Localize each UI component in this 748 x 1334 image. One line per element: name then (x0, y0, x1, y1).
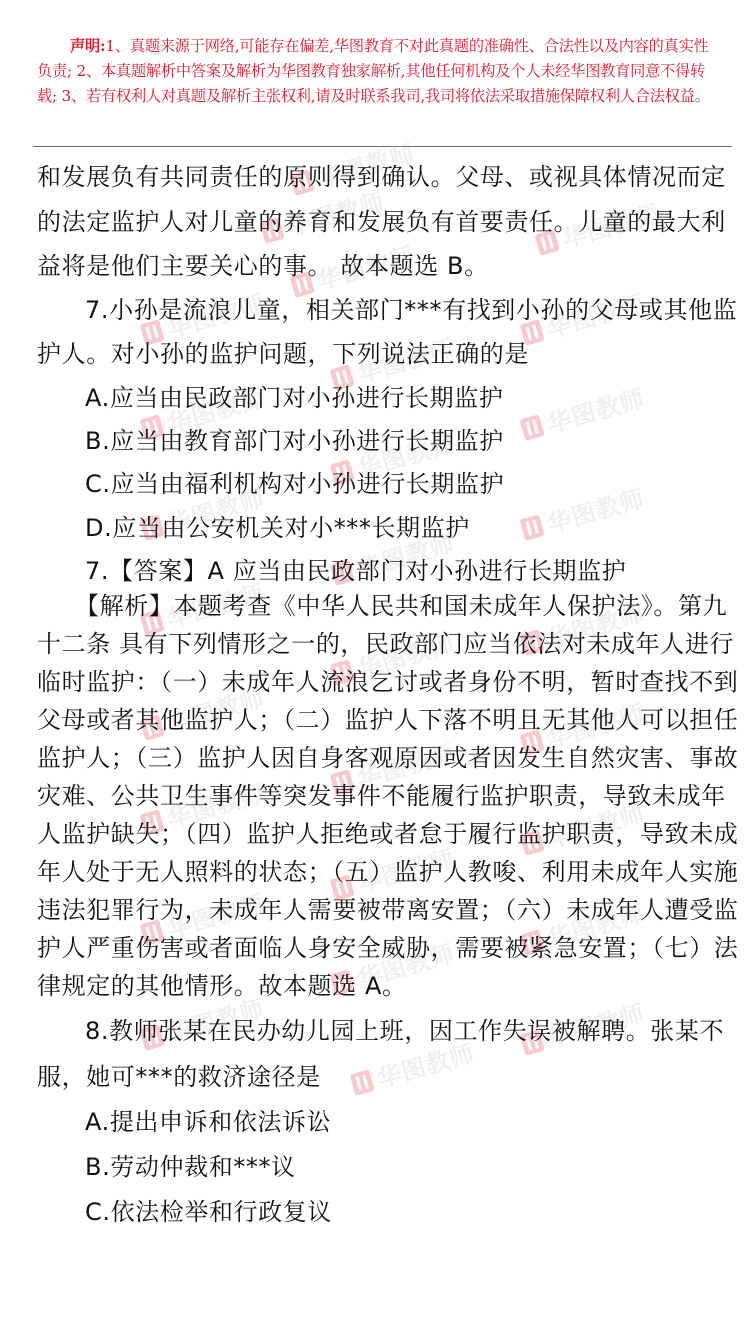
q8-option-c: C.依法检举和行政复议 (85, 1196, 332, 1228)
q7-answer: 7.【答案】A 应当由民政部门对小孙进行长期监护 (85, 555, 626, 587)
q6-text-line: 的法定监护人对儿童的养育和发展负有首要责任。儿童的最大利 (37, 206, 726, 238)
q8-option-b: B.劳动仲裁和***议 (85, 1151, 296, 1183)
q8-option-a: A.提出申诉和依法诉讼 (85, 1106, 331, 1138)
disclaimer-text: 1、真题来源于网络,可能存在偏差,华图教育不对此真题的准确性、合法性以及内容的真… (37, 37, 710, 105)
q7-analysis-line: 【解析】本题考查《中华人民共和国未成年人保护法》。第九 (75, 590, 727, 622)
q7-option-a: A.应当由民政部门对小孙进行长期监护 (85, 382, 503, 414)
disclaimer-label: 声明: (70, 37, 105, 55)
q7-stem-line: 护人。对小孙的监护问题，下列说法正确的是 (37, 338, 529, 370)
watermark-logo-icon (519, 514, 544, 541)
q7-option-d: D.应当由公安机关对小***长期监护 (85, 512, 470, 544)
q7-stem-line: 7.小孙是流浪儿童，相关部门***有找到小孙的父母或其他监 (85, 294, 737, 326)
watermark-logo-icon (519, 414, 544, 441)
watermark-logo-icon (349, 1069, 374, 1096)
q7-analysis-line: 违法犯罪行为，未成年人需要被带离安置；（六）未成年人遭受监 (37, 894, 738, 926)
watermark: 华图教师 (518, 478, 649, 546)
q7-analysis-line: 临时监护：（一）未成年人流浪乞讨或者身份不明，暂时查找不到 (37, 666, 738, 698)
q6-text-line: 益将是他们主要关心的事。 故本题选 B。 (37, 250, 489, 282)
q7-analysis-line: 监护人；（三）监护人因自身客观原因或者因发生自然灾害、事故 (37, 742, 738, 774)
disclaimer: 声明:1、真题来源于网络,可能存在偏差,华图教育不对此真题的准确性、合法性以及内… (37, 34, 713, 109)
q7-analysis-line: 律规定的其他情形。故本题选 A。 (37, 970, 407, 1002)
q7-analysis-line: 人监护缺失；（四）监护人拒绝或者怠于履行监护职责，导致未成 (37, 818, 738, 850)
q6-text-line: 和发展负有共同责任的原则得到确认。父母、或视具体情况而定 (37, 161, 726, 193)
q7-analysis-line: 十二条 具有下列情形之一的，民政部门应当依法对未成年人进行 (37, 628, 734, 660)
q7-analysis-line: 父母或者其他监护人；（二）监护人下落不明且无其他人可以担任 (37, 704, 738, 736)
q8-stem-line: 服，她可***的救济途径是 (37, 1061, 321, 1093)
watermark: 华图教师 (518, 378, 649, 446)
q7-analysis-line: 灾难、公共卫生事件等突发事件不能履行监护职责，导致未成年 (37, 780, 726, 812)
q7-analysis-line: 护人严重伤害或者面临人身安全威胁，需要被紧急安置；（七）法 (37, 932, 738, 964)
header-divider (33, 146, 732, 147)
q7-option-b: B.应当由教育部门对小孙进行长期监护 (85, 425, 504, 457)
q8-stem-line: 8.教师张某在民办幼儿园上班，因工作失误被解聘。张某不 (85, 1015, 724, 1047)
q7-option-c: C.应当由福利机构对小孙进行长期监护 (85, 468, 504, 500)
q7-analysis-line: 年人处于无人照料的状态；（五）监护人教唆、利用未成年人实施 (37, 856, 738, 888)
